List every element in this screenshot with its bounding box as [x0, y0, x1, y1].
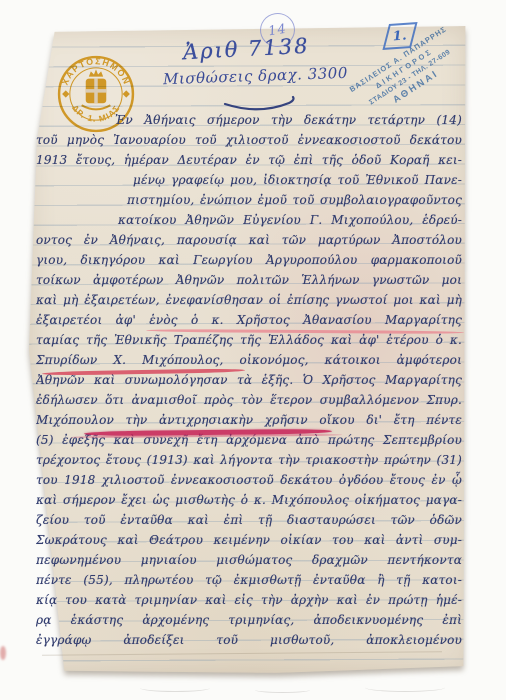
manuscript-line: 1913 ἔτους, ἡμέραν Δευτέραν ἐν τῷ ἐπὶ τῆ… — [36, 150, 462, 170]
manuscript-line: τοῦ μηνὸς Ἰανουαρίου τοῦ χιλιοστοῦ ἐννεα… — [36, 130, 462, 150]
manuscript-line: τρέχοντος ἔτους (1913) καὶ λήγοντα τὴν τ… — [36, 450, 462, 470]
manuscript-line: ρᾳ ἑκάστης ἀρχομένης τριμηνίας, ἀποδεικν… — [36, 610, 462, 630]
manuscript-line: γιου, δικηγόρου καὶ Γεωργίου Ἀργυροπούλο… — [36, 250, 462, 270]
manuscript-line: μένῳ γραφείῳ μου, ἰδιοκτησίᾳ τοῦ Ἐθνικοῦ… — [36, 170, 462, 190]
manuscript-line: Σπυρίδων Χ. Μιχόπουλος, οἰκονόμος, κάτοι… — [36, 350, 462, 370]
manuscript-line: Σωκράτους καὶ Θεάτρου κειμένην οἰκίαν το… — [36, 530, 462, 550]
page-number: 1. — [392, 28, 407, 44]
next-page-ghost-text — [140, 684, 210, 692]
next-page-ghost-text — [255, 687, 310, 693]
manuscript-line: Ἐν Ἀθήναις σήμερον τὴν δεκάτην τετάρτην … — [36, 110, 462, 130]
manuscript-body: Ἐν Ἀθήναις σήμερον τὴν δεκάτην τετάρτην … — [36, 110, 462, 670]
manuscript-line: του 1918 χιλιοστοῦ ἐννεακοσιοστοῦ δεκάτο… — [36, 470, 462, 490]
manuscript-line: πιστημίου, ἐνώπιον ἐμοῦ τοῦ συμβολαιογρα… — [36, 190, 462, 210]
manuscript-line: ἐδήλωσεν ὅτι ἀναμισθοῖ πρὸς τὸν ἕτερον σ… — [36, 390, 462, 410]
stamp-separator-left — [62, 90, 69, 97]
manuscript-line: κίᾳ του κατὰ τριμηνίαν καὶ εἰς τὴν ἀρχὴν… — [36, 590, 462, 610]
manuscript-line: τοίκων ἀμφοτέρων Ἀθηνῶν πολιτῶν Ἑλλήνων … — [36, 270, 462, 290]
scan-background: ΧΑΡΤΟΣΗΜΟΝ ΔΡ. 1. ΜΙΑΣ 14 1. Ἀριθ 7138 Μ… — [0, 0, 506, 700]
manuscript-line: καὶ σήμερον ἔχει ὡς μισθωτὴς ὁ κ. Μιχόπο… — [36, 490, 462, 510]
manuscript-line: Μιχόπουλον τὴν ἀντιχρησιακὴν χρῆσιν οἴκο… — [36, 410, 462, 430]
manuscript-line: ἐξαιρετέοι ἀφ' ἑνὸς ὁ κ. Χρῆστος Ἀθανασί… — [36, 310, 462, 330]
manuscript-line: οντος ἐν Ἀθήναις, παρουσίᾳ καὶ τῶν μαρτύ… — [36, 230, 462, 250]
manuscript-line: πέντε (55), πληρωτέου τῷ ἐκμισθωτῇ ἐνταῦ… — [36, 570, 462, 590]
stamp-separator-right — [123, 90, 130, 97]
manuscript-line: ζείου τοῦ ἐνταῦθα καὶ ἐπὶ τῇ διασταυρώσε… — [36, 510, 462, 530]
manuscript-line: καὶ μὴ ἐξαιρετέων, ἐνεφανίσθησαν οἱ ἐπίσ… — [36, 290, 462, 310]
manuscript-line: ἐγγράφῳ ἀποδείξει τοῦ μισθωτοῦ, ἀποκλειο… — [36, 630, 462, 650]
manuscript-line: κατοίκου Ἀθηνῶν Εὐγενίου Γ. Μιχοπούλου, … — [36, 210, 462, 230]
coat-of-arms-icon — [82, 69, 111, 109]
manuscript-line: πεφωνημένου μηνιαίου μισθώματος δραχμῶν … — [36, 550, 462, 570]
next-page-ghost-text — [365, 683, 445, 692]
red-mark — [0, 646, 6, 660]
